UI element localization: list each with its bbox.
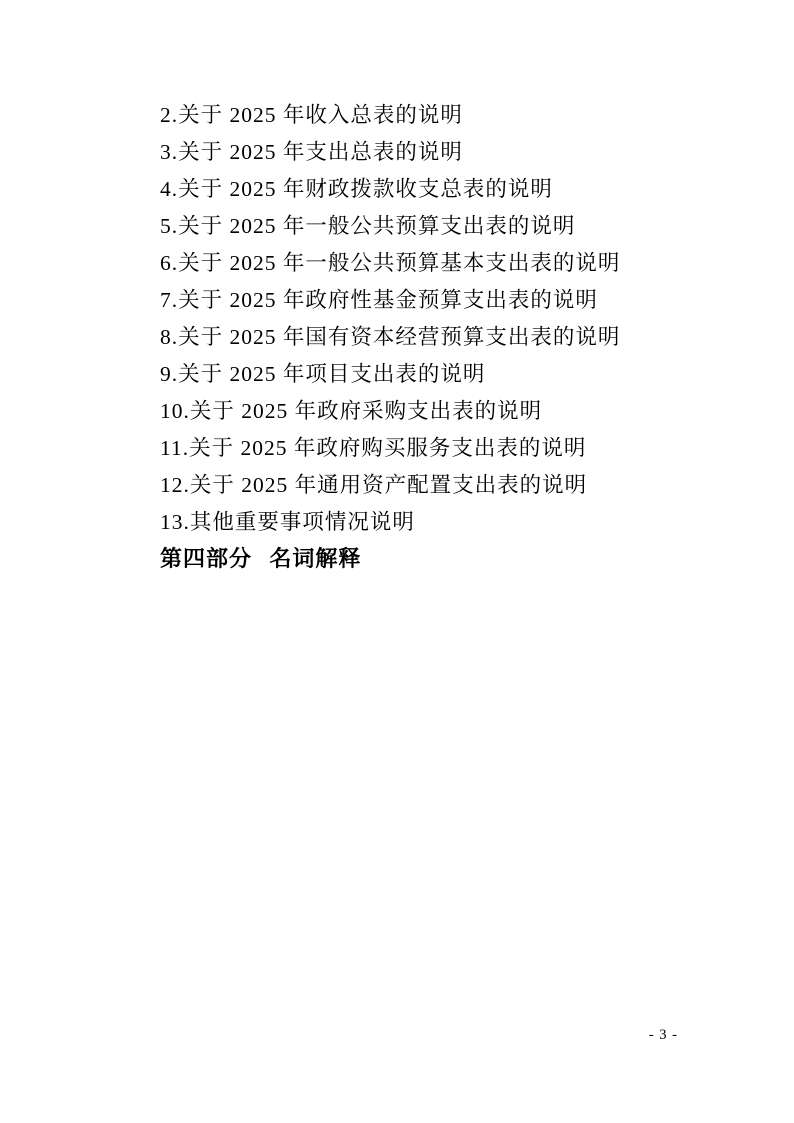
toc-item: 4.关于 2025 年财政拨款收支总表的说明 bbox=[160, 171, 720, 208]
toc-item: 11.关于 2025 年政府购买服务支出表的说明 bbox=[160, 430, 720, 467]
toc-item: 5.关于 2025 年一般公共预算支出表的说明 bbox=[160, 208, 720, 245]
table-of-contents: 2.关于 2025 年收入总表的说明 3.关于 2025 年支出总表的说明 4.… bbox=[160, 97, 720, 579]
toc-item: 8.关于 2025 年国有资本经营预算支出表的说明 bbox=[160, 319, 720, 356]
toc-item: 12.关于 2025 年通用资产配置支出表的说明 bbox=[160, 467, 720, 504]
toc-item: 2.关于 2025 年收入总表的说明 bbox=[160, 97, 720, 134]
page-number: - 3 - bbox=[649, 1026, 678, 1044]
toc-item: 3.关于 2025 年支出总表的说明 bbox=[160, 134, 720, 171]
toc-item: 10.关于 2025 年政府采购支出表的说明 bbox=[160, 393, 720, 430]
section-heading-part4: 第四部分 名词解释 bbox=[160, 541, 720, 579]
document-page: 2.关于 2025 年收入总表的说明 3.关于 2025 年支出总表的说明 4.… bbox=[0, 0, 794, 1123]
toc-item: 13.其他重要事项情况说明 bbox=[160, 504, 720, 541]
toc-item: 7.关于 2025 年政府性基金预算支出表的说明 bbox=[160, 282, 720, 319]
toc-item: 6.关于 2025 年一般公共预算基本支出表的说明 bbox=[160, 245, 720, 282]
toc-item: 9.关于 2025 年项目支出表的说明 bbox=[160, 356, 720, 393]
